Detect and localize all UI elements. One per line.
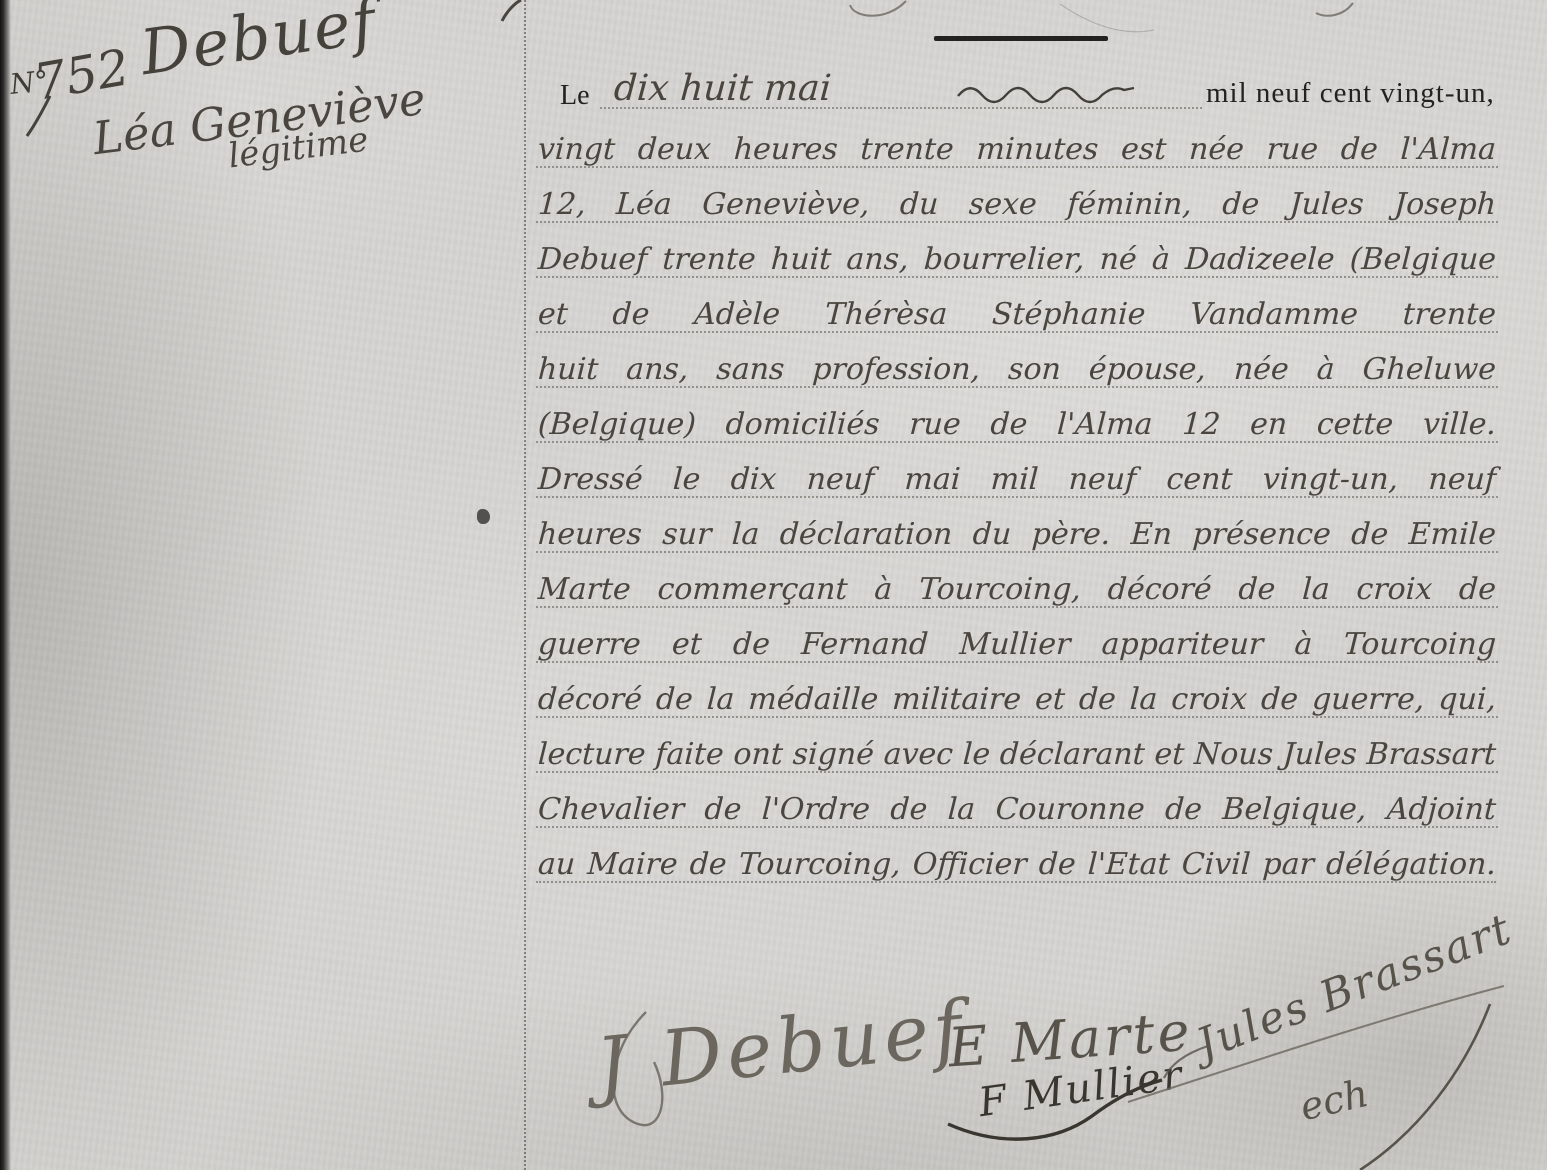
act-line: (Belgique) domiciliés rue de l'Alma 12 e…	[537, 408, 1497, 442]
act-line: Dressé le dix neuf mai mil neuf cent vin…	[537, 463, 1497, 497]
signature-officer-paraph: ech	[1296, 1071, 1372, 1129]
section-divider-line	[934, 36, 1108, 41]
act-line: huit ans, sans profession, son épouse, n…	[537, 353, 1497, 387]
printed-opening-word: Le	[560, 80, 590, 112]
act-line: et de Adèle Thérèsa Stéphanie Vandamme t…	[537, 298, 1497, 332]
act-line: 12, Léa Geneviève, du sexe féminin, de J…	[537, 188, 1497, 222]
scanned-birth-record-page: N° 752 Debuef Léa Geneviève légitime Le …	[0, 0, 1547, 1170]
act-line: Chevalier de l'Ordre de la Couronne de B…	[537, 793, 1497, 827]
act-line: Debuef trente huit ans, bourrelier, né à…	[537, 243, 1497, 277]
act-line: décoré de la médaille militaire et de la…	[537, 683, 1497, 717]
margin-divider-rule	[524, 0, 526, 1170]
act-line: lecture faite ont signé avec le déclaran…	[537, 738, 1497, 772]
act-line: Marte commerçant à Tourcoing, décoré de …	[537, 573, 1497, 607]
act-number: 752	[30, 38, 134, 112]
paper-crease-hairline	[1060, 4, 1154, 32]
ink-blot	[477, 509, 490, 524]
printed-year-text: mil neuf cent vingt-un,	[1206, 77, 1495, 110]
signature-declarant: J Debuef	[592, 983, 971, 1110]
cropped-flourish-stroke	[1316, 3, 1353, 16]
cropped-flourish-stroke	[502, 0, 521, 21]
cropped-flourish-stroke	[850, 1, 906, 16]
writing-guide-dotline	[600, 107, 1202, 109]
brassart-descender-stroke	[1360, 1004, 1490, 1170]
act-line: guerre et de Fernand Mullier appariteur …	[537, 628, 1497, 662]
act-line: au Maire de Tourcoing, Officier de l'Eta…	[537, 848, 1497, 882]
page-binding-edge	[0, 0, 11, 1170]
handwritten-birth-date: dix huit mai	[613, 68, 833, 109]
act-line: vingt deux heures trente minutes est née…	[537, 133, 1497, 167]
act-line: heures sur la déclaration du père. En pr…	[537, 518, 1497, 552]
blank-filler-squiggle	[958, 88, 1134, 102]
margin-surname: Debuef	[136, 0, 382, 89]
signature-officer-brassart: Jules Brassart	[1190, 904, 1519, 1070]
